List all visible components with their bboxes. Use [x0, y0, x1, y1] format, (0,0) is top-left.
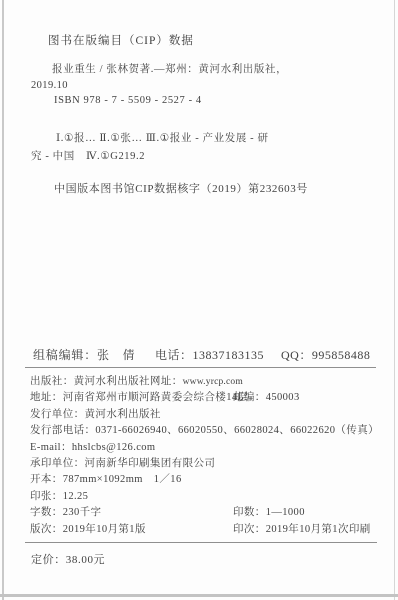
distribution-phone-text: 发行部电话：0371-66026940、66020550、66028024、66…	[30, 425, 379, 436]
wordcount-line: 字数：230千字 印数：1—1000	[30, 505, 380, 521]
editor-qq: QQ：995858488	[281, 346, 370, 363]
price: 定价：38.00元	[31, 551, 105, 567]
distributor-line: 发行单位：黄河水利出版社	[30, 407, 380, 423]
address-text: 地址：河南省郑州市顺河路黄委会综合楼14层	[30, 392, 248, 403]
cip-record-number: 中国版本图书馆CIP数据核字（2019）第232603号	[54, 180, 308, 196]
sheets-text: 印张：12.25	[30, 491, 88, 502]
publisher-label: 出版社：黄河水利出版社网址：	[30, 376, 183, 387]
editor-name: 组稿编辑：张 倩	[33, 346, 135, 363]
cip-classification-line-1: Ⅰ.①报… Ⅱ.①张… Ⅲ.①报业 - 产业发展 - 研	[56, 130, 269, 145]
colophon-block: 出版社：黄河水利出版社网址：www.yrcp.com 地址：河南省郑州市顺河路黄…	[30, 374, 380, 538]
page-bottom-edge	[0, 594, 398, 597]
divider-line-top	[25, 367, 376, 368]
isbn-number: ISBN 978 - 7 - 5509 - 2527 - 4	[54, 95, 202, 106]
email-line: E-mail：hhslcbs@126.com	[30, 440, 380, 456]
address-line: 地址：河南省郑州市顺河路黄委会综合楼14层 邮编：450003	[30, 390, 380, 406]
print-run: 印数：1—1000	[233, 505, 305, 521]
impression-text: 印次：2019年10月第1次印刷	[233, 522, 371, 538]
editor-contact-row: 组稿编辑：张 倩 电话：13837183135 QQ：995858488	[0, 346, 398, 364]
distribution-phone-line: 发行部电话：0371-66026940、66020550、66028024、66…	[30, 423, 380, 439]
divider-line-bottom	[25, 542, 377, 543]
cip-header: 图书在版编目（CIP）数据	[48, 32, 194, 48]
printer-line: 承印单位：河南新华印刷集团有限公司	[30, 456, 380, 472]
publisher-website: www.yrcp.com	[183, 377, 243, 387]
page-right-edge	[394, 0, 395, 600]
cip-classification-line-2: 究 - 中国 Ⅳ.①G219.2	[31, 148, 145, 163]
format-text: 开本：787mm×1092mm 1／16	[30, 474, 182, 485]
printer-text: 承印单位：河南新华印刷集团有限公司	[30, 458, 215, 469]
postal-code: 邮编：450003	[233, 390, 300, 406]
bibliographic-line-1: 报业重生 / 张林贺著.—郑州：黄河水利出版社，	[52, 61, 287, 76]
book-copyright-page: 图书在版编目（CIP）数据 报业重生 / 张林贺著.—郑州：黄河水利出版社， 2…	[0, 0, 398, 600]
distributor-text: 发行单位：黄河水利出版社	[30, 409, 161, 420]
page-left-edge	[2, 0, 4, 600]
format-line: 开本：787mm×1092mm 1／16	[30, 472, 380, 488]
publisher-line: 出版社：黄河水利出版社网址：www.yrcp.com	[30, 374, 380, 390]
wordcount-text: 字数：230千字	[30, 507, 101, 518]
edition-text: 版次：2019年10月第1版	[30, 524, 146, 535]
editor-phone: 电话：13837183135	[155, 346, 264, 363]
email-text: E-mail：hhslcbs@126.com	[30, 442, 156, 453]
sheets-line: 印张：12.25	[30, 489, 380, 505]
edition-line: 版次：2019年10月第1版 印次：2019年10月第1次印刷	[30, 522, 380, 538]
bibliographic-line-2: 2019.10	[31, 80, 68, 91]
